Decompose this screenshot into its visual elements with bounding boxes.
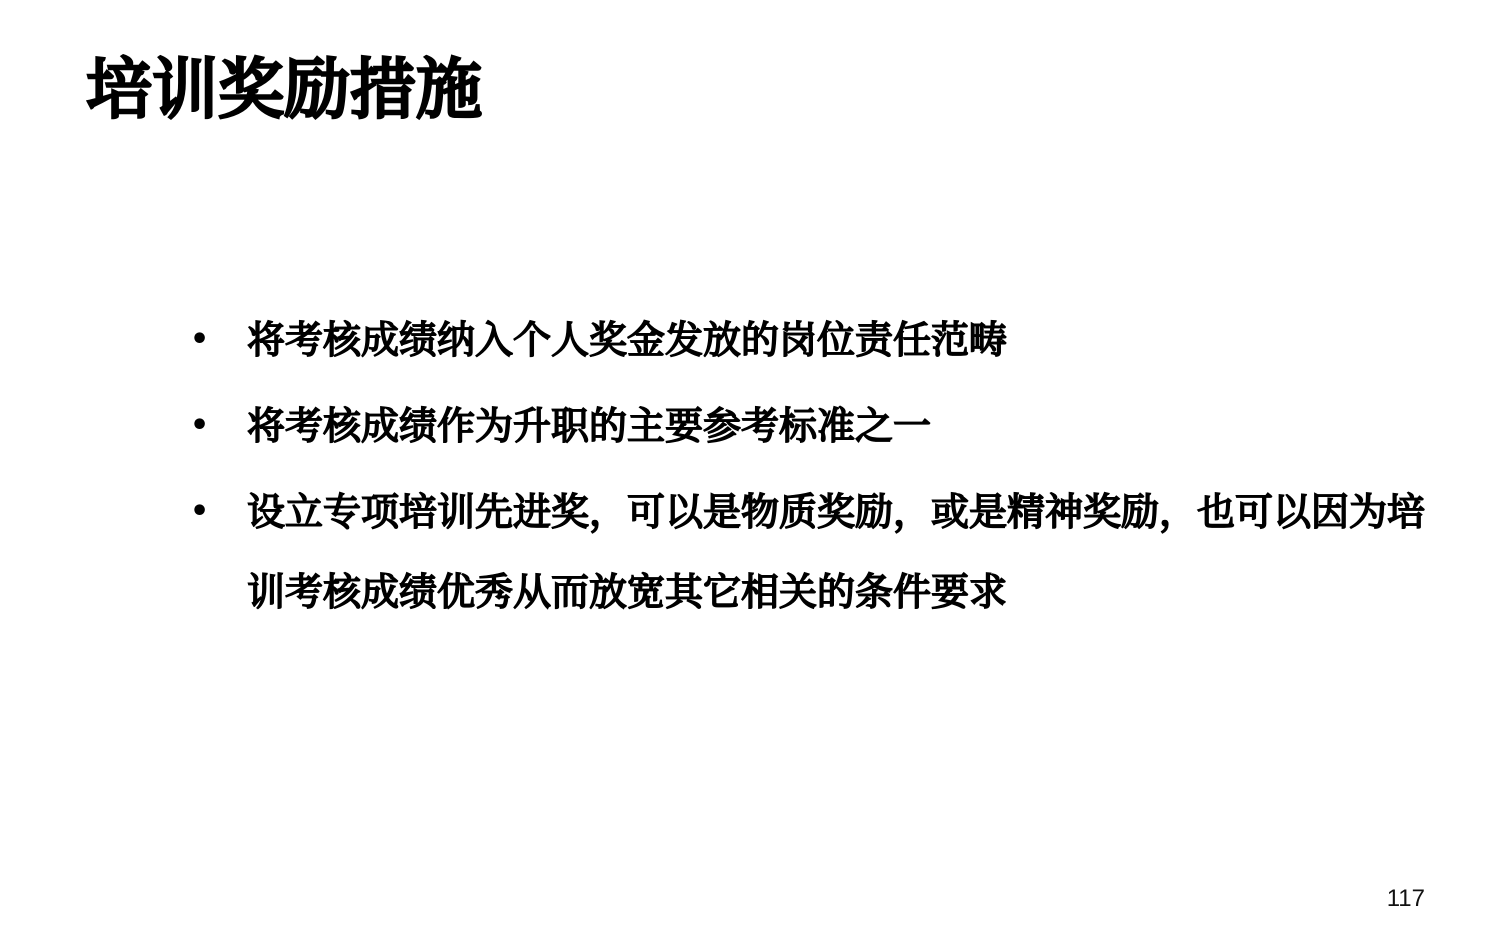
bullet-dot-icon: • [190, 386, 247, 466]
slide-title: 培训奖励措施 [86, 50, 482, 130]
bullet-item-1: • 将考核成绩纳入个人奖金发放的岗位责任范畴 [190, 300, 1430, 380]
bullet-text: 将考核成绩作为升职的主要参考标准之一 [247, 386, 1430, 466]
bullet-text: 设立专项培训先进奖，可以是物质奖励，或是精神奖励，也可以因为培训考核成绩优秀从而… [247, 472, 1430, 632]
bullet-item-3: • 设立专项培训先进奖，可以是物质奖励，或是精神奖励，也可以因为培训考核成绩优秀… [190, 472, 1430, 632]
bullet-dot-icon: • [190, 472, 247, 552]
bullet-list: • 将考核成绩纳入个人奖金发放的岗位责任范畴 • 将考核成绩作为升职的主要参考标… [190, 300, 1430, 638]
bullet-dot-icon: • [190, 300, 247, 380]
bullet-text: 将考核成绩纳入个人奖金发放的岗位责任范畴 [247, 300, 1430, 380]
bullet-item-2: • 将考核成绩作为升职的主要参考标准之一 [190, 386, 1430, 466]
page-number: 117 [1387, 884, 1425, 914]
